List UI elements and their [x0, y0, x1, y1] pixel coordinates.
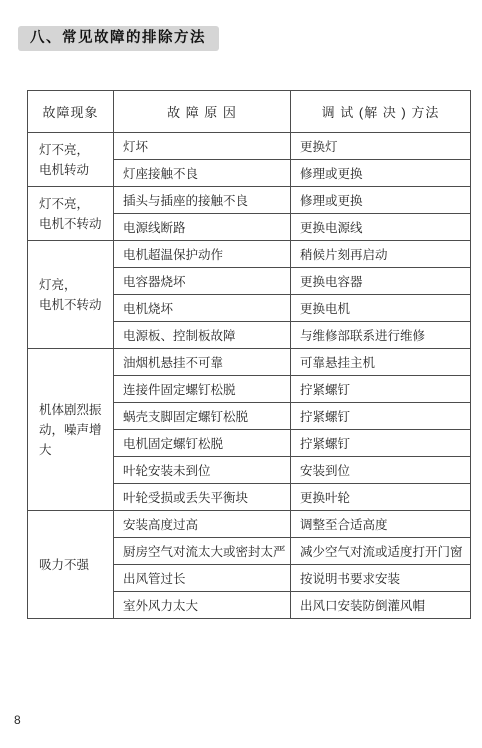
cause-cell: 电机超温保护动作	[114, 241, 291, 268]
solution-cell: 拧紧螺钉	[291, 376, 471, 403]
cause-cell: 电源线断路	[114, 214, 291, 241]
solution-cell: 调整至合适高度	[291, 511, 471, 538]
header-fault-phenomenon: 故障现象	[28, 91, 114, 133]
phenomenon-cell: 灯不亮， 电机转动	[28, 133, 114, 187]
solution-cell: 与维修部联系进行维修	[291, 322, 471, 349]
solution-cell: 更换电机	[291, 295, 471, 322]
solution-cell: 更换叶轮	[291, 484, 471, 511]
cause-cell: 叶轮受损或丢失平衡块	[114, 484, 291, 511]
phenomenon-cell: 吸力不强	[28, 511, 114, 619]
phenomenon-cell: 灯亮， 电机不转动	[28, 241, 114, 349]
cause-cell: 室外风力太大	[114, 592, 291, 619]
cause-cell: 蜗壳支脚固定螺钉松脱	[114, 403, 291, 430]
troubleshooting-table: 故障现象 故 障 原 因 调 试 (解 决 ) 方法 灯不亮， 电机转动灯坏更换…	[27, 90, 471, 619]
cause-cell: 安装高度过高	[114, 511, 291, 538]
table-row: 吸力不强安装高度过高调整至合适高度	[28, 511, 471, 538]
solution-cell: 按说明书要求安装	[291, 565, 471, 592]
solution-cell: 更换电容器	[291, 268, 471, 295]
solution-cell: 可靠悬挂主机	[291, 349, 471, 376]
solution-cell: 更换电源线	[291, 214, 471, 241]
table-row: 灯不亮， 电机转动灯坏更换灯	[28, 133, 471, 160]
solution-cell: 减少空气对流或适度打开门窗	[291, 538, 471, 565]
page-number: 8	[14, 713, 21, 727]
cause-cell: 灯座接触不良	[114, 160, 291, 187]
solution-cell: 更换灯	[291, 133, 471, 160]
solution-cell: 稍候片刻再启动	[291, 241, 471, 268]
table-row: 机体剧烈振 动，噪声增 大油烟机悬挂不可靠可靠悬挂主机	[28, 349, 471, 376]
phenomenon-cell: 灯不亮， 电机不转动	[28, 187, 114, 241]
table-row: 灯亮， 电机不转动电机超温保护动作稍候片刻再启动	[28, 241, 471, 268]
phenomenon-cell: 机体剧烈振 动，噪声增 大	[28, 349, 114, 511]
cause-cell: 出风管过长	[114, 565, 291, 592]
cause-cell: 电机固定螺钉松脱	[114, 430, 291, 457]
solution-cell: 安装到位	[291, 457, 471, 484]
cause-cell: 油烟机悬挂不可靠	[114, 349, 291, 376]
solution-cell: 拧紧螺钉	[291, 403, 471, 430]
solution-cell: 修理或更换	[291, 187, 471, 214]
header-fault-cause: 故 障 原 因	[114, 91, 291, 133]
cause-cell: 电容器烧坏	[114, 268, 291, 295]
cause-cell: 插头与插座的接触不良	[114, 187, 291, 214]
solution-cell: 出风口安装防倒灌风帽	[291, 592, 471, 619]
table-header-row: 故障现象 故 障 原 因 调 试 (解 决 ) 方法	[28, 91, 471, 133]
solution-cell: 修理或更换	[291, 160, 471, 187]
cause-cell: 厨房空气对流太大或密封太严	[114, 538, 291, 565]
solution-cell: 拧紧螺钉	[291, 430, 471, 457]
table-row: 灯不亮， 电机不转动插头与插座的接触不良修理或更换	[28, 187, 471, 214]
cause-cell: 电机烧坏	[114, 295, 291, 322]
section-title-text: 八、常见故障的排除方法	[30, 30, 206, 46]
cause-cell: 叶轮安装未到位	[114, 457, 291, 484]
cause-cell: 电源板、控制板故障	[114, 322, 291, 349]
table-body: 灯不亮， 电机转动灯坏更换灯灯座接触不良修理或更换灯不亮， 电机不转动插头与插座…	[28, 133, 471, 619]
header-solution-method: 调 试 (解 决 ) 方法	[291, 91, 471, 133]
section-title: 八、常见故障的排除方法	[18, 26, 219, 51]
cause-cell: 灯坏	[114, 133, 291, 160]
cause-cell: 连接件固定螺钉松脱	[114, 376, 291, 403]
